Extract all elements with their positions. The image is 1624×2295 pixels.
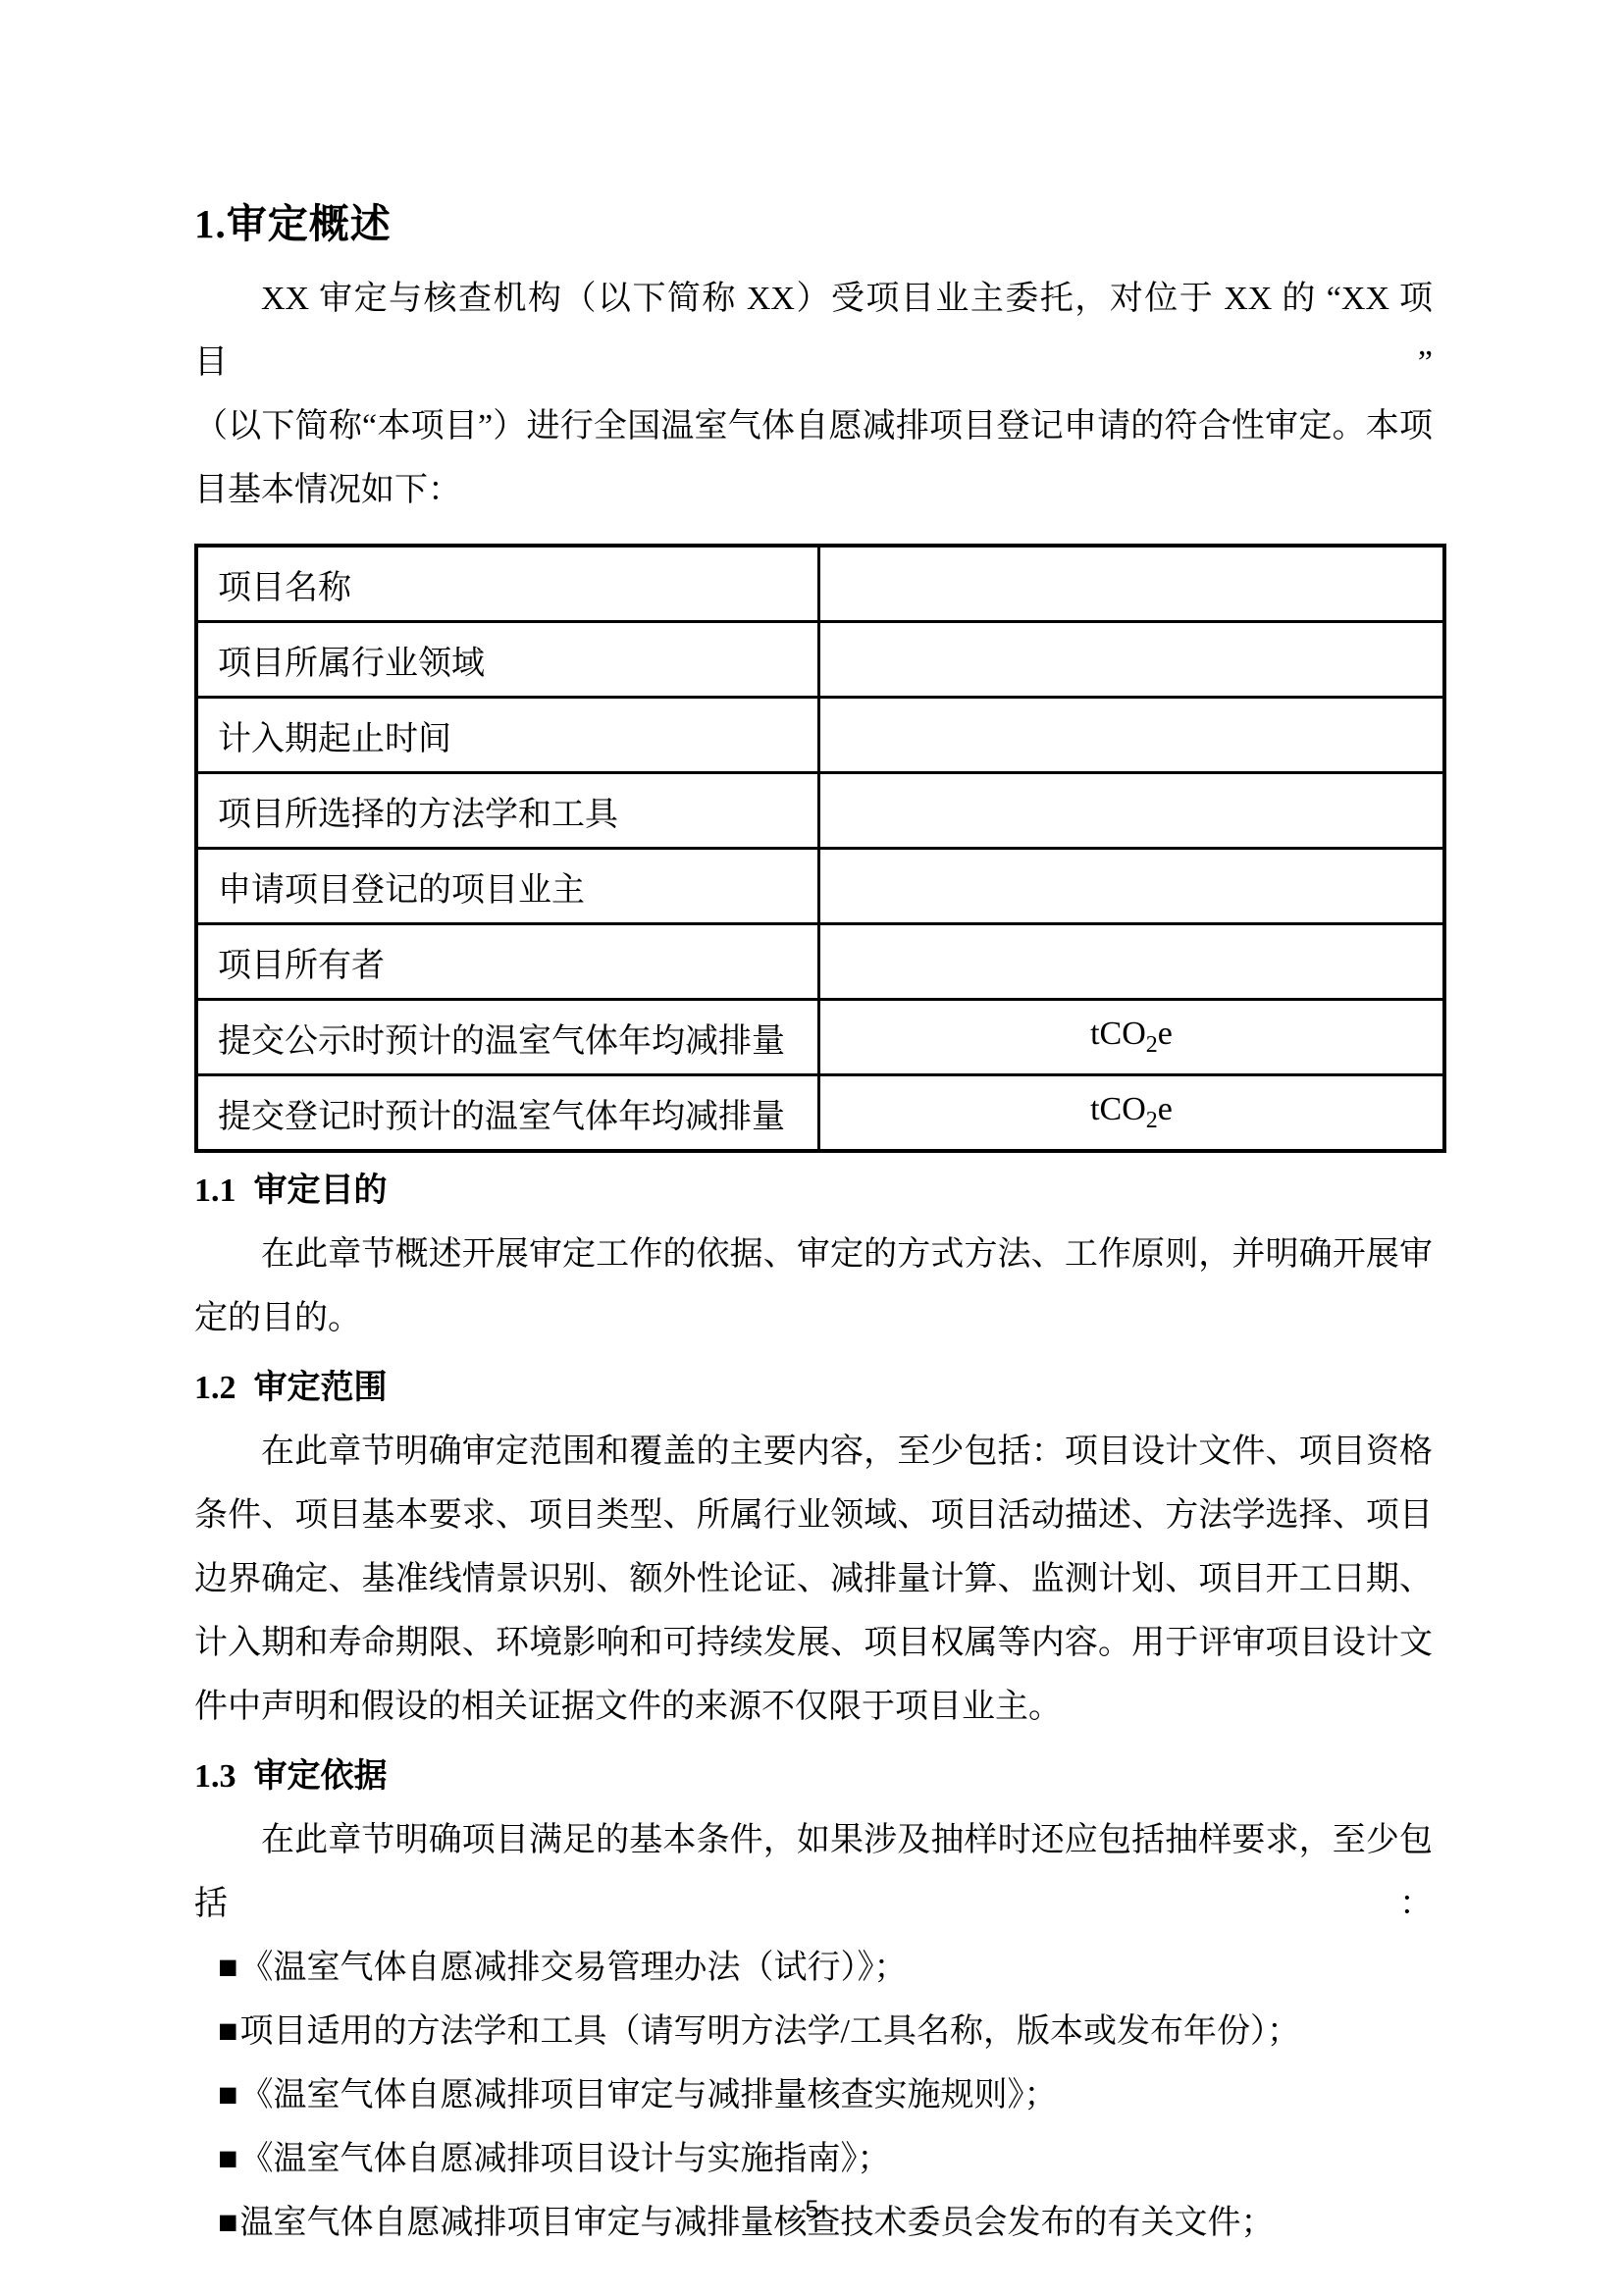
square-bullet-icon: ■ [218, 2013, 238, 2050]
bullet-text: 《温室气体自愿减排项目设计与实施指南》； [240, 2141, 891, 2177]
intro-paragraph: XX 审定与核查机构（以下简称 XX）受项目业主委托，对位于 XX 的 “XX … [194, 267, 1433, 522]
bullet-text: 项目适用的方法学和工具（请写明方法学/工具名称，版本或发布年份）； [240, 2013, 1300, 2050]
intro-line: （以下简称“本项目”）进行全国温室气体自愿减排项目登记申请的符合性审定。本项 [194, 394, 1433, 458]
row-label-cell: 项目所有者 [196, 924, 819, 1000]
section-heading-1-3: 1.3审定依据 [194, 1745, 1446, 1808]
section-number: 1.3 [194, 1758, 236, 1795]
bullet-item: ■《温室气体自愿减排项目设计与实施指南》； [194, 2127, 1446, 2191]
paragraph-line: 在此章节概述开展审定工作的依据、审定的方式方法、工作原则，并明确开展审 [194, 1223, 1433, 1286]
row-value-cell [819, 924, 1445, 1000]
row-value-cell: tCO2e [819, 1000, 1445, 1075]
table-row: 项目所属行业领域 [196, 622, 1444, 698]
paragraph-line: 在此章节明确项目满足的基本条件，如果涉及抽样时还应包括抽样要求，至少包括： [194, 1808, 1433, 1936]
unit-tail: e [1158, 1091, 1173, 1127]
section-paragraph-1-1: 在此章节概述开展审定工作的依据、审定的方式方法、工作原则，并明确开展审 定的目的… [194, 1223, 1433, 1350]
row-label-cell: 项目所选择的方法学和工具 [196, 773, 819, 849]
page-number: 5 [0, 2196, 1624, 2224]
table-row: 提交公示时预计的温室气体年均减排量 tCO2e [196, 1000, 1444, 1075]
paragraph-line: 计入期和寿命期限、环境影响和可持续发展、项目权属等内容。用于评审项目设计文 [194, 1611, 1433, 1675]
unit-subscript: 2 [1146, 1108, 1158, 1133]
section-heading-1-1: 1.1审定目的 [194, 1159, 1446, 1223]
unit-subscript: 2 [1146, 1032, 1158, 1058]
intro-line: XX 审定与核查机构（以下简称 XX）受项目业主委托，对位于 XX 的 “XX … [194, 267, 1433, 394]
row-value-cell [819, 849, 1445, 924]
unit-main: tCO [1090, 1016, 1146, 1052]
table-row: 项目名称 [196, 546, 1444, 622]
paragraph-line: 在此章节明确审定范围和覆盖的主要内容，至少包括：项目设计文件、项目资格 [194, 1420, 1433, 1484]
row-value-cell [819, 622, 1445, 698]
intro-line: 目基本情况如下： [194, 458, 1433, 522]
unit-tail: e [1158, 1016, 1173, 1052]
table-row: 提交登记时预计的温室气体年均减排量 tCO2e [196, 1075, 1444, 1152]
row-value-cell: tCO2e [819, 1075, 1445, 1152]
paragraph-line: 条件、项目基本要求、项目类型、所属行业领域、项目活动描述、方法学选择、项目 [194, 1484, 1433, 1547]
section-title: 审定依据 [254, 1758, 388, 1795]
section-title: 审定目的 [254, 1173, 388, 1209]
bullet-item: ■《温室气体自愿减排项目审定与减排量核查实施规则》； [194, 2063, 1446, 2127]
row-label-cell: 申请项目登记的项目业主 [196, 849, 819, 924]
bullet-item: ■项目适用的方法学和工具（请写明方法学/工具名称，版本或发布年份）； [194, 2000, 1446, 2063]
table-row: 计入期起止时间 [196, 698, 1444, 773]
table-row: 项目所有者 [196, 924, 1444, 1000]
row-value-cell [819, 773, 1445, 849]
page-content: 1.审定概述 XX 审定与核查机构（以下简称 XX）受项目业主委托，对位于 XX… [194, 0, 1446, 2255]
paragraph-line: 定的目的。 [194, 1286, 1433, 1350]
row-value-cell [819, 698, 1445, 773]
unit-main: tCO [1090, 1091, 1146, 1127]
section-title: 审定范围 [254, 1370, 388, 1406]
paragraph-line: 边界确定、基准线情景识别、额外性论证、减排量计算、监测计划、项目开工日期、 [194, 1547, 1433, 1611]
section-paragraph-1-2: 在此章节明确审定范围和覆盖的主要内容，至少包括：项目设计文件、项目资格 条件、项… [194, 1420, 1433, 1739]
project-info-table: 项目名称 项目所属行业领域 计入期起止时间 项目所选择的方法学和工具 申请项目登… [194, 544, 1446, 1153]
row-label-cell: 项目名称 [196, 546, 819, 622]
section-number: 1.1 [194, 1173, 236, 1209]
square-bullet-icon: ■ [218, 2077, 238, 2113]
row-label-cell: 提交公示时预计的温室气体年均减排量 [196, 1000, 819, 1075]
square-bullet-icon: ■ [218, 2141, 238, 2177]
document-page: { "document": { "title": "1.审定概述", "intr… [0, 0, 1624, 2295]
paragraph-line: 件中声明和假设的相关证据文件的来源不仅限于项目业主。 [194, 1675, 1433, 1739]
table-row: 项目所选择的方法学和工具 [196, 773, 1444, 849]
bullet-text: 《温室气体自愿减排交易管理办法（试行）》； [240, 1950, 908, 1986]
row-label-cell: 提交登记时预计的温室气体年均减排量 [196, 1075, 819, 1152]
bullet-text: 《温室气体自愿减排项目审定与减排量核查实施规则》； [240, 2077, 1058, 2113]
row-value-cell [819, 546, 1445, 622]
document-title: 1.审定概述 [194, 194, 1446, 253]
row-label-cell: 计入期起止时间 [196, 698, 819, 773]
row-label-cell: 项目所属行业领域 [196, 622, 819, 698]
section-number: 1.2 [194, 1370, 236, 1406]
square-bullet-icon: ■ [218, 1950, 238, 1986]
section-paragraph-1-3: 在此章节明确项目满足的基本条件，如果涉及抽样时还应包括抽样要求，至少包括： [194, 1808, 1433, 1936]
table-row: 申请项目登记的项目业主 [196, 849, 1444, 924]
section-heading-1-2: 1.2审定范围 [194, 1356, 1446, 1420]
bullet-item: ■《温室气体自愿减排交易管理办法（试行）》； [194, 1936, 1446, 2000]
